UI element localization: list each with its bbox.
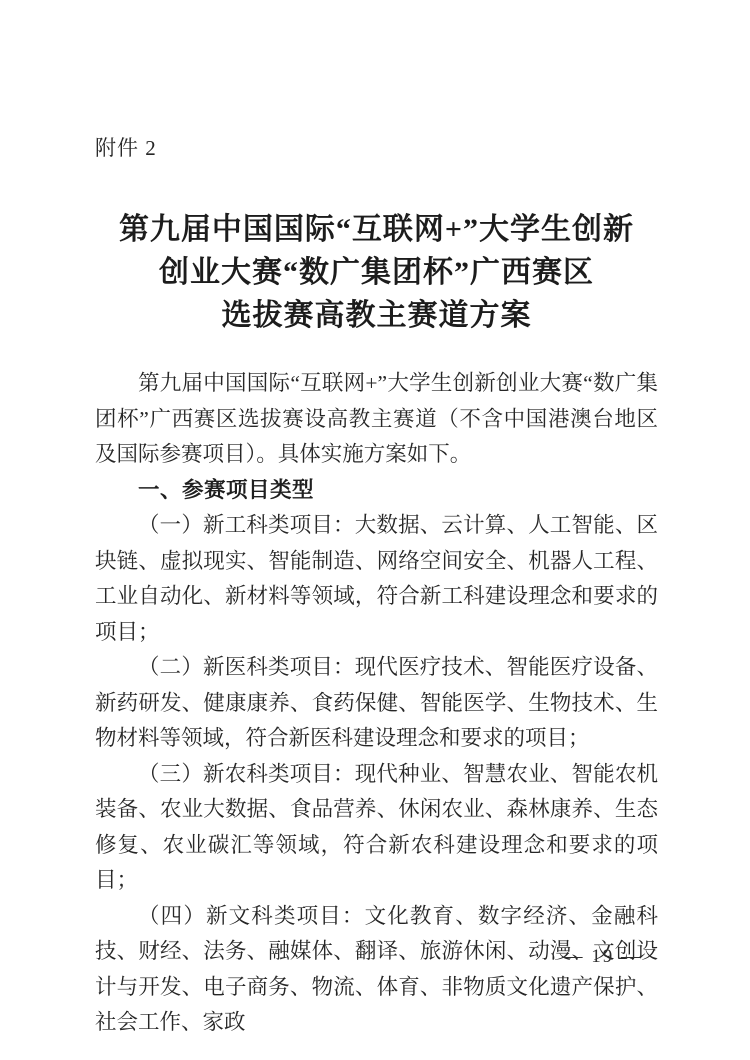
intro-paragraph: 第九届中国国际“互联网+”大学生创新创业大赛“数广集团杯”广西赛区选拔赛设高教主…: [95, 366, 658, 473]
title-line-1: 第九届中国国际“互联网+”大学生创新: [95, 208, 658, 251]
document-content: 附件 2 第九届中国国际“互联网+”大学生创新 创业大赛“数广集团杯”广西赛区 …: [95, 0, 658, 1041]
item-paragraph-new-medicine: （二）新医科类项目：现代医疗技术、智能医疗设备、新药研发、健康康养、食药保健、智…: [95, 650, 658, 757]
page-number: — 19 —: [564, 946, 643, 968]
section-heading-project-types: 一、参赛项目类型: [95, 473, 658, 509]
attachment-label: 附件 2: [95, 132, 658, 162]
document-body: 第九届中国国际“互联网+”大学生创新创业大赛“数广集团杯”广西赛区选拔赛设高教主…: [95, 366, 658, 1041]
title-line-2: 创业大赛“数广集团杯”广西赛区: [95, 251, 658, 294]
item-paragraph-new-engineering: （一）新工科类项目：大数据、云计算、人工智能、区块链、虚拟现实、智能制造、网络空…: [95, 508, 658, 650]
title-line-3: 选拔赛高教主赛道方案: [95, 294, 658, 337]
item-paragraph-new-agriculture: （三）新农科类项目：现代种业、智慧农业、智能农机装备、农业大数据、食品营养、休闲…: [95, 757, 658, 899]
item-paragraph-new-liberal-arts: （四）新文科类项目：文化教育、数字经济、金融科技、财经、法务、融媒体、翻译、旅游…: [95, 899, 658, 1041]
document-page: 附件 2 第九届中国国际“互联网+”大学生创新 创业大赛“数广集团杯”广西赛区 …: [0, 0, 750, 1060]
document-title: 第九届中国国际“互联网+”大学生创新 创业大赛“数广集团杯”广西赛区 选拔赛高教…: [95, 208, 658, 337]
